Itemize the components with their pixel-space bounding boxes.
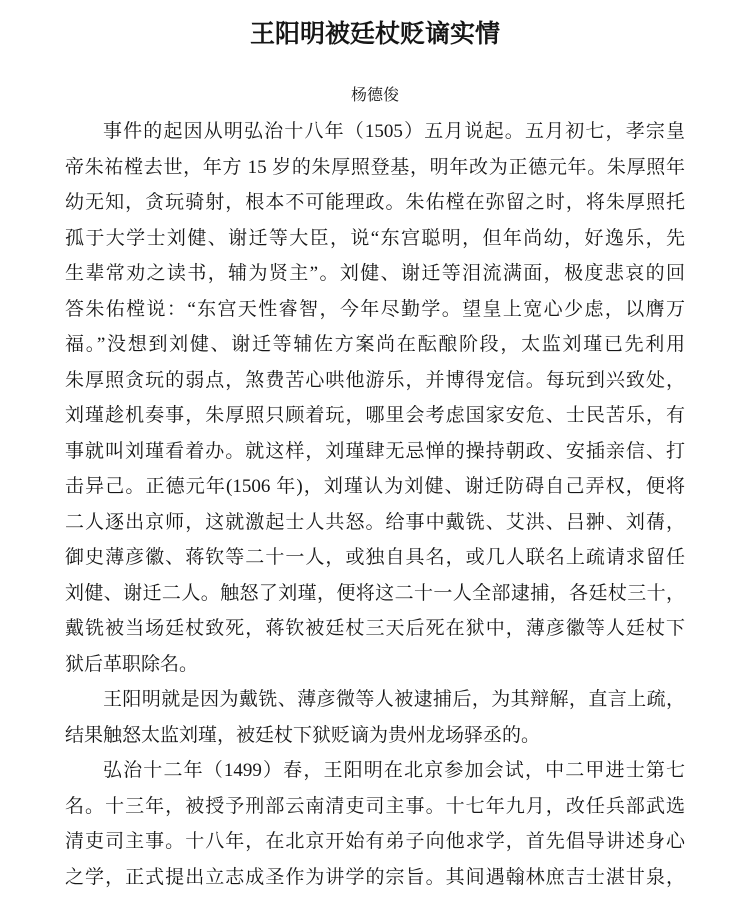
text-line: 之学，正式提出立志成圣作为讲学的宗旨。其间遇翰林庶吉士湛甘泉， bbox=[65, 860, 685, 896]
text-line: 刘健、谢迁二人。触怒了刘瑾，便将这二十一人全部逮捕，各廷杖三十， bbox=[65, 576, 685, 612]
text-line: 答朱佑樘说：“东宫天性睿智，今年尽勤学。望皇上宽心少虑，以膺万 bbox=[65, 292, 685, 328]
paragraph-3: 弘治十二年（1499）春，王阳明在北京参加会试，中二甲进士第七 名。十三年，被授… bbox=[65, 753, 685, 895]
text-line: 戴铣被当场廷杖致死，蒋钦被廷杖三天后死在狱中，薄彦徽等人廷杖下 bbox=[65, 611, 685, 647]
text-line: 清吏司主事。十八年，在北京开始有弟子向他求学，首先倡导讲述身心 bbox=[65, 824, 685, 860]
text-line: 击异己。正德元年(1506 年)，刘瑾认为刘健、谢迁防碍自己弄权，便将 bbox=[65, 469, 685, 505]
author-name: 杨德俊 bbox=[0, 85, 750, 107]
text-line: 生辈常劝之读书，辅为贤主”。刘健、谢迁等泪流满面，极度悲哀的回 bbox=[65, 256, 685, 292]
text-line: 事就叫刘瑾看着办。就这样，刘瑾肆无忌惮的操持朝政、安插亲信、打 bbox=[65, 434, 685, 470]
text-line: 狱后革职除名。 bbox=[65, 647, 685, 683]
document-body: 事件的起因从明弘治十八年（1505）五月说起。五月初七，孝宗皇 帝朱祐樘去世，年… bbox=[65, 114, 685, 895]
text-line: 福。”没想到刘健、谢迁等辅佐方案尚在酝酿阶段，太监刘瑾已先利用 bbox=[65, 327, 685, 363]
text-line: 御史薄彦徽、蒋钦等二十一人，或独自具名，或几人联名上疏请求留任 bbox=[65, 540, 685, 576]
text-line: 朱厚照贪玩的弱点，煞费苦心哄他游乐，并博得宠信。每玩到兴致处， bbox=[65, 363, 685, 399]
text-line: 结果触怒太监刘瑾，被廷杖下狱贬谪为贵州龙场驿丞的。 bbox=[65, 718, 685, 754]
text-line: 事件的起因从明弘治十八年（1505）五月说起。五月初七，孝宗皇 bbox=[65, 114, 685, 150]
text-line: 名。十三年，被授予刑部云南清吏司主事。十七年九月，改任兵部武选 bbox=[65, 789, 685, 825]
paragraph-1: 事件的起因从明弘治十八年（1505）五月说起。五月初七，孝宗皇 帝朱祐樘去世，年… bbox=[65, 114, 685, 682]
text-line: 王阳明就是因为戴铣、薄彦微等人被逮捕后，为其辩解，直言上疏， bbox=[65, 682, 685, 718]
document-page: 王阳明被廷杖贬谪实情 杨德俊 事件的起因从明弘治十八年（1505）五月说起。五月… bbox=[0, 0, 750, 913]
paragraph-2: 王阳明就是因为戴铣、薄彦微等人被逮捕后，为其辩解，直言上疏， 结果触怒太监刘瑾，… bbox=[65, 682, 685, 753]
text-line: 幼无知，贪玩骑射，根本不可能理政。朱佑樘在弥留之时，将朱厚照托 bbox=[65, 185, 685, 221]
text-line: 帝朱祐樘去世，年方 15 岁的朱厚照登基，明年改为正德元年。朱厚照年 bbox=[65, 150, 685, 186]
text-line: 弘治十二年（1499）春，王阳明在北京参加会试，中二甲进士第七 bbox=[65, 753, 685, 789]
text-line: 刘瑾趁机奏事，朱厚照只顾着玩，哪里会考虑国家安危、士民苦乐，有 bbox=[65, 398, 685, 434]
text-line: 孤于大学士刘健、谢迁等大臣，说“东宫聪明，但年尚幼，好逸乐，先 bbox=[65, 221, 685, 257]
document-title: 王阳明被廷杖贬谪实情 bbox=[0, 0, 750, 52]
text-line: 二人逐出京师，这就激起士人共怒。给事中戴铣、艾洪、吕翀、刘蒨， bbox=[65, 505, 685, 541]
